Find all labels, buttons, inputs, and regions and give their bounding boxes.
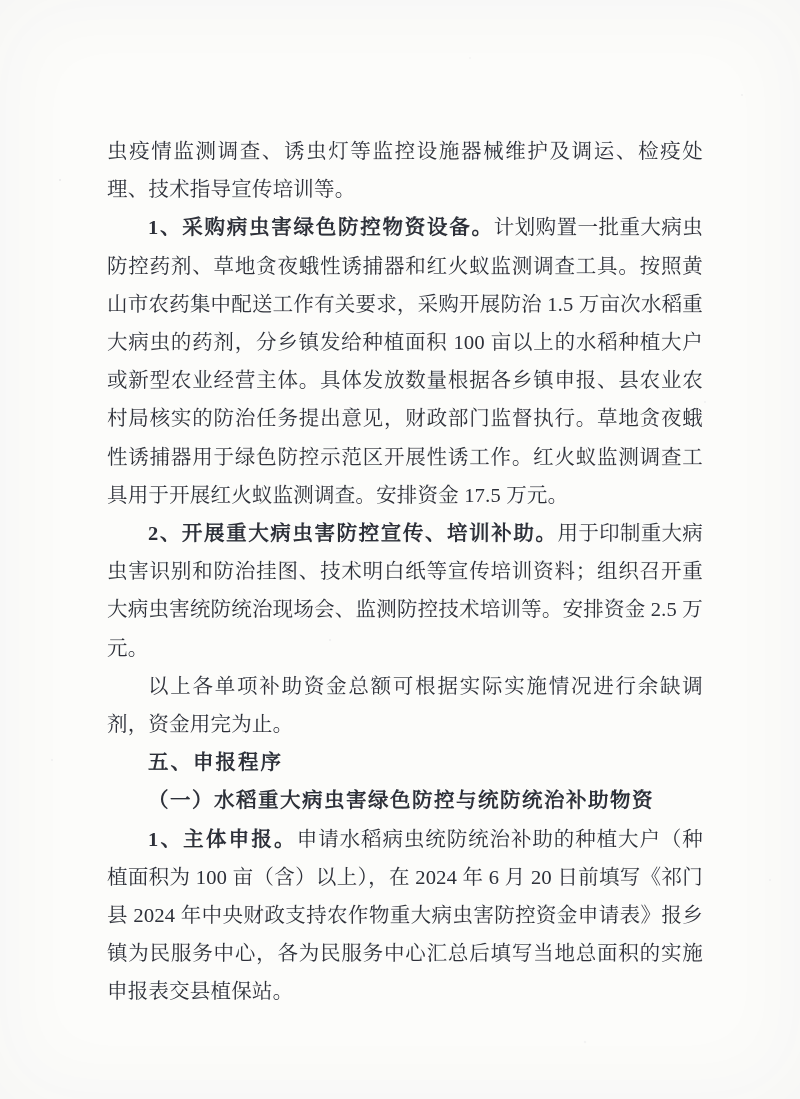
text-run: 虫疫情监测调查、诱虫灯等监控设施器械维护及调运、检疫处理、技术指导宣传培训等。 [107,141,703,201]
scanned-document-page: 虫疫情监测调查、诱虫灯等监控设施器械维护及调运、检疫处理、技术指导宣传培训等。1… [0,0,800,1099]
bold-text-run: 1、主体申报。 [148,829,297,851]
bold-text-run: 1、采购病虫害绿色防控物资设备。 [148,217,494,239]
text-run: 申请水稻病虫统防统治补助的种植大户（种植面积为 100 亩（含）以上），在 20… [107,829,703,1004]
text-run: 以上各单项补助资金总额可根据实际实施情况进行余缺调剂，资金用完为止。 [107,676,703,736]
bold-text-run: （一）水稻重大病虫害绿色防控与统防统治补助物资 [148,790,654,812]
document-body: 虫疫情监测调查、诱虫灯等监控设施器械维护及调运、检疫处理、技术指导宣传培训等。1… [107,133,703,1012]
bold-text-run: 2、开展重大病虫害防控宣传、培训补助。 [148,523,558,545]
heading-subsection-one-rice-subsidy-materials: （一）水稻重大病虫害绿色防控与统防统治补助物资 [107,782,703,820]
para-item-1-procurement: 1、采购病虫害绿色防控物资设备。计划购置一批重大病虫防控药剂、草地贪夜蛾性诱捕器… [107,209,703,515]
para-continuation: 虫疫情监测调查、诱虫灯等监控设施器械维护及调运、检疫处理、技术指导宣传培训等。 [107,133,703,209]
para-item-2-training-subsidy: 2、开展重大病虫害防控宣传、培训补助。用于印制重大病虫害识别和防治挂图、技术明白… [107,515,703,668]
para-fund-adjustment: 以上各单项补助资金总额可根据实际实施情况进行余缺调剂，资金用完为止。 [107,668,703,744]
text-run: 计划购置一批重大病虫防控药剂、草地贪夜蛾性诱捕器和红火蚁监测调查工具。按照黄山市… [107,217,703,506]
bold-text-run: 五、申报程序 [148,751,283,774]
heading-section-five-application-procedure: 五、申报程序 [107,744,703,782]
para-subject-application: 1、主体申报。申请水稻病虫统防统治补助的种植大户（种植面积为 100 亩（含）以… [107,821,703,1012]
